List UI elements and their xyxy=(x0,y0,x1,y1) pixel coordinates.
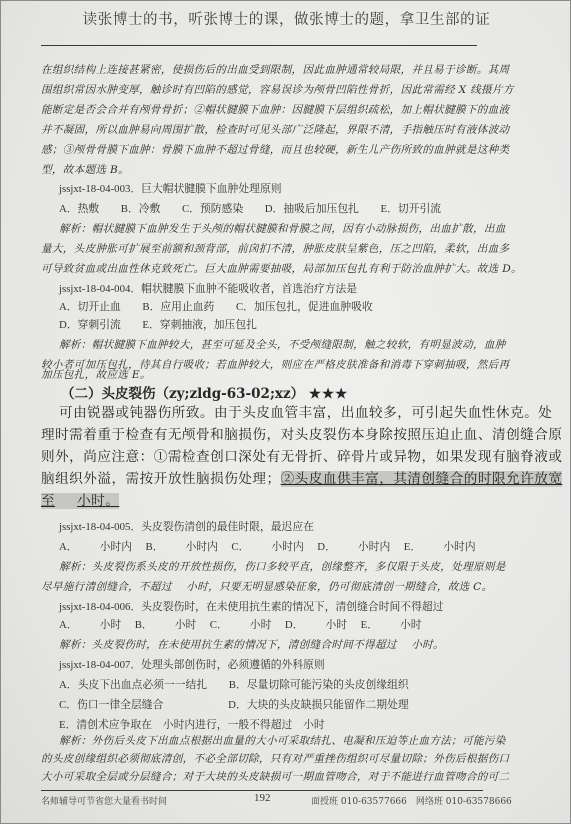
option-label: C． xyxy=(210,619,228,631)
option-label: D． xyxy=(317,541,336,553)
explanation-line: 加压包扎，故应选 E。 xyxy=(41,368,151,382)
highlight-tail: 。 xyxy=(105,493,119,509)
option-text: 小时内 xyxy=(186,541,218,553)
option-label: A． xyxy=(59,541,78,553)
question-stem: jssjxt-18-04-005．头皮裂伤清创的最佳时限，最迟应在 xyxy=(59,520,314,534)
section-body-line: 理时需着重于检查有无颅骨和脑损伤，对头皮裂伤本身除按照压迫止血、清创缝合原 xyxy=(41,426,562,444)
option-text: 小时内 xyxy=(100,541,132,553)
option-text: 小时 xyxy=(400,619,422,631)
highlighted-text: ②头皮血供丰富，其清创缝合的时限允许放宽 xyxy=(281,471,563,487)
section-body-line: 脑组织外溢，需按开放性脑损伤处理；②头皮血供丰富，其清创缝合的时限允许放宽 xyxy=(41,470,562,488)
explanation-line: 尽早施行清创缝合，不超过 小时，只要无明显感染征象，仍可彻底清创一期缝合，故选 … xyxy=(41,580,493,594)
explanation-line: 解析：外伤后头皮下出血点根据出血量的大小可采取结扎、电凝和压迫等止血方法；可能污… xyxy=(59,734,506,748)
option-text: 小时内 xyxy=(358,541,390,553)
section-body-text: 脑组织外溢，需按开放性脑损伤处理； xyxy=(41,471,281,487)
page-number: 192 xyxy=(254,792,271,804)
section-body-line: 可由锐器或钝器伤所致。由于头皮血管丰富，出血较多，可引起失血性休克。处 xyxy=(59,404,552,422)
explanation-line: 解析：头皮裂伤系头皮的开放性损伤，伤口多较平直，创缘整齐，多仅限于头皮，处理原则… xyxy=(59,560,506,574)
question-options: A．小时内 B．小时内 C．小时内 D．小时内 E．小时内 xyxy=(59,540,476,554)
intro-line: 并不凝固，所以血肿易向周围扩散，检查时可见头部广泛隆起，界限不清，手指触压时有液… xyxy=(41,123,509,137)
option-label: C． xyxy=(231,541,249,553)
option-label: D． xyxy=(285,619,304,631)
explanation-line: 大小可采取全层或分层缝合；对于大块的头皮缺损可一期血管吻合，对于不能进行血管吻合… xyxy=(41,770,509,784)
option-label: B． xyxy=(146,541,164,553)
option-label: E． xyxy=(404,541,421,553)
option-text: 小时 xyxy=(175,619,197,631)
question-options: A．头皮下出血点必须一一结扎 B．尽量切除可能污染的头皮创缘组织 xyxy=(59,678,409,692)
section-body-line: 至小时。 xyxy=(41,492,119,510)
question-options: A．切开止血 B．应用止血药 C．加压包扎，促进血肿吸收 xyxy=(59,300,373,314)
star-rating-icon: ★★★ xyxy=(309,386,348,402)
footer-divider xyxy=(41,790,483,791)
question-stem: jssjxt-18-04-006．头皮裂伤时，在未使用抗生素的情况下，清创缝合时… xyxy=(59,600,443,614)
page-header-title: 读张博士的书，听张博士的课，做张博士的题，拿卫生部的证 xyxy=(1,8,571,29)
highlighted-text: 至小时。 xyxy=(41,493,119,509)
intro-line: 围组织常因水肿变厚，触诊时有凹陷的感觉，容易误诊为颅骨凹陷性骨折，因此常需经 X… xyxy=(41,83,514,97)
option-label: B． xyxy=(135,619,153,631)
explanation-line: 量大，头皮肿胀可扩展至前额和颈背部，前囟扪不清，肿胀皮肤呈紫色，压之凹陷，柔软，… xyxy=(41,242,509,256)
explanation-line: 解析：帽状腱膜下血肿较大，甚至可延及全头，不受颅缝限制，触之较软，有明显波动，血… xyxy=(59,338,506,352)
question-options: C．伤口一律全层缝合 D．大块的头皮缺损只能留作二期处理 xyxy=(59,698,409,712)
footer-contact: 面授班 010-63577666 网络班 010-63578666 xyxy=(311,794,512,807)
option-text: 小时 xyxy=(326,619,348,631)
section-heading: （二）头皮裂伤（zy;zldg-63-02;xz） ★★★ xyxy=(61,382,348,402)
explanation-line: 的头皮创缘组织必须彻底清创，不必全部切除，只有对严重挫伤组织可尽量切除；外伤后根… xyxy=(41,752,509,766)
option-text: 小时内 xyxy=(443,541,475,553)
option-text: 小时 xyxy=(100,619,122,631)
question-stem: jssjxt-18-04-003．巨大帽状腱膜下血肿处理原则 xyxy=(59,182,282,196)
intro-line: 在组织结构上连接甚紧密，使损伤后的出血受到限制，因此血肿通常较局限，并且易于诊断… xyxy=(41,63,509,77)
book-page: 读张博士的书，听张博士的课，做张博士的题，拿卫生部的证 在组织结构上连接甚紧密，… xyxy=(0,0,571,824)
question-stem: jssjxt-18-04-004．帽状腱膜下血肿不能吸收者，首选治疗方法是 xyxy=(59,282,357,296)
option-label: A． xyxy=(59,619,78,631)
intro-line: 型，故本题选 B。 xyxy=(41,163,129,177)
option-label: E． xyxy=(361,619,378,631)
explanation-line: 可导致贫血或出血性休克致死亡。巨大血肿需要抽吸，局部加压包扎有利于防治血肿扩大。… xyxy=(41,262,522,276)
option-text: 小时内 xyxy=(271,541,303,553)
option-text: 小时 xyxy=(250,619,272,631)
question-options: E．清创术应争取在 小时内进行，一般不得超过 小时 xyxy=(59,718,325,732)
section-body-line: 则外，尚应注意：①需检查创口深处有无骨折、碎骨片或异物，如果发现有脑脊液或 xyxy=(41,448,562,466)
question-stem: jssjxt-18-04-007．处理头部创伤时，必须遵循的外科原则 xyxy=(59,658,325,672)
question-options: A．热敷 B．冷敷 C．预防感染 D．抽吸后加压包扎 E．切开引流 xyxy=(59,202,441,216)
highlight-end: 小时 xyxy=(77,493,105,509)
intro-line: 感；③颅骨骨膜下血肿：骨膜下血肿不超过骨缝，而且也较硬，新生儿产伤所致的血肿就是… xyxy=(41,143,509,157)
header-divider xyxy=(41,45,477,46)
explanation-line: 解析：头皮裂伤时，在未使用抗生素的情况下，清创缝合时间不得超过 小时。 xyxy=(59,638,444,652)
section-title-text: （二）头皮裂伤（zy;zldg-63-02;xz） xyxy=(61,386,304,402)
question-options: A．小时 B．小时 C．小时 D．小时 E．小时 xyxy=(59,618,422,632)
highlight-start: 至 xyxy=(41,493,55,509)
question-options: D．穿刺引流 E．穿刺抽液，加压包扎 xyxy=(59,318,257,332)
footer-slogan: 名师辅导可节省您大量看书时间 xyxy=(41,794,167,807)
intro-line: 能断定是否会合并有颅骨骨折；②帽状腱膜下血肿：因腱膜下层组织疏松，加上帽状腱膜下… xyxy=(41,103,509,117)
explanation-line: 解析：帽状腱膜下血肿发生于头颅的帽状腱膜和骨膜之间，因有小动脉损伤，出血扩散，出… xyxy=(59,222,506,236)
